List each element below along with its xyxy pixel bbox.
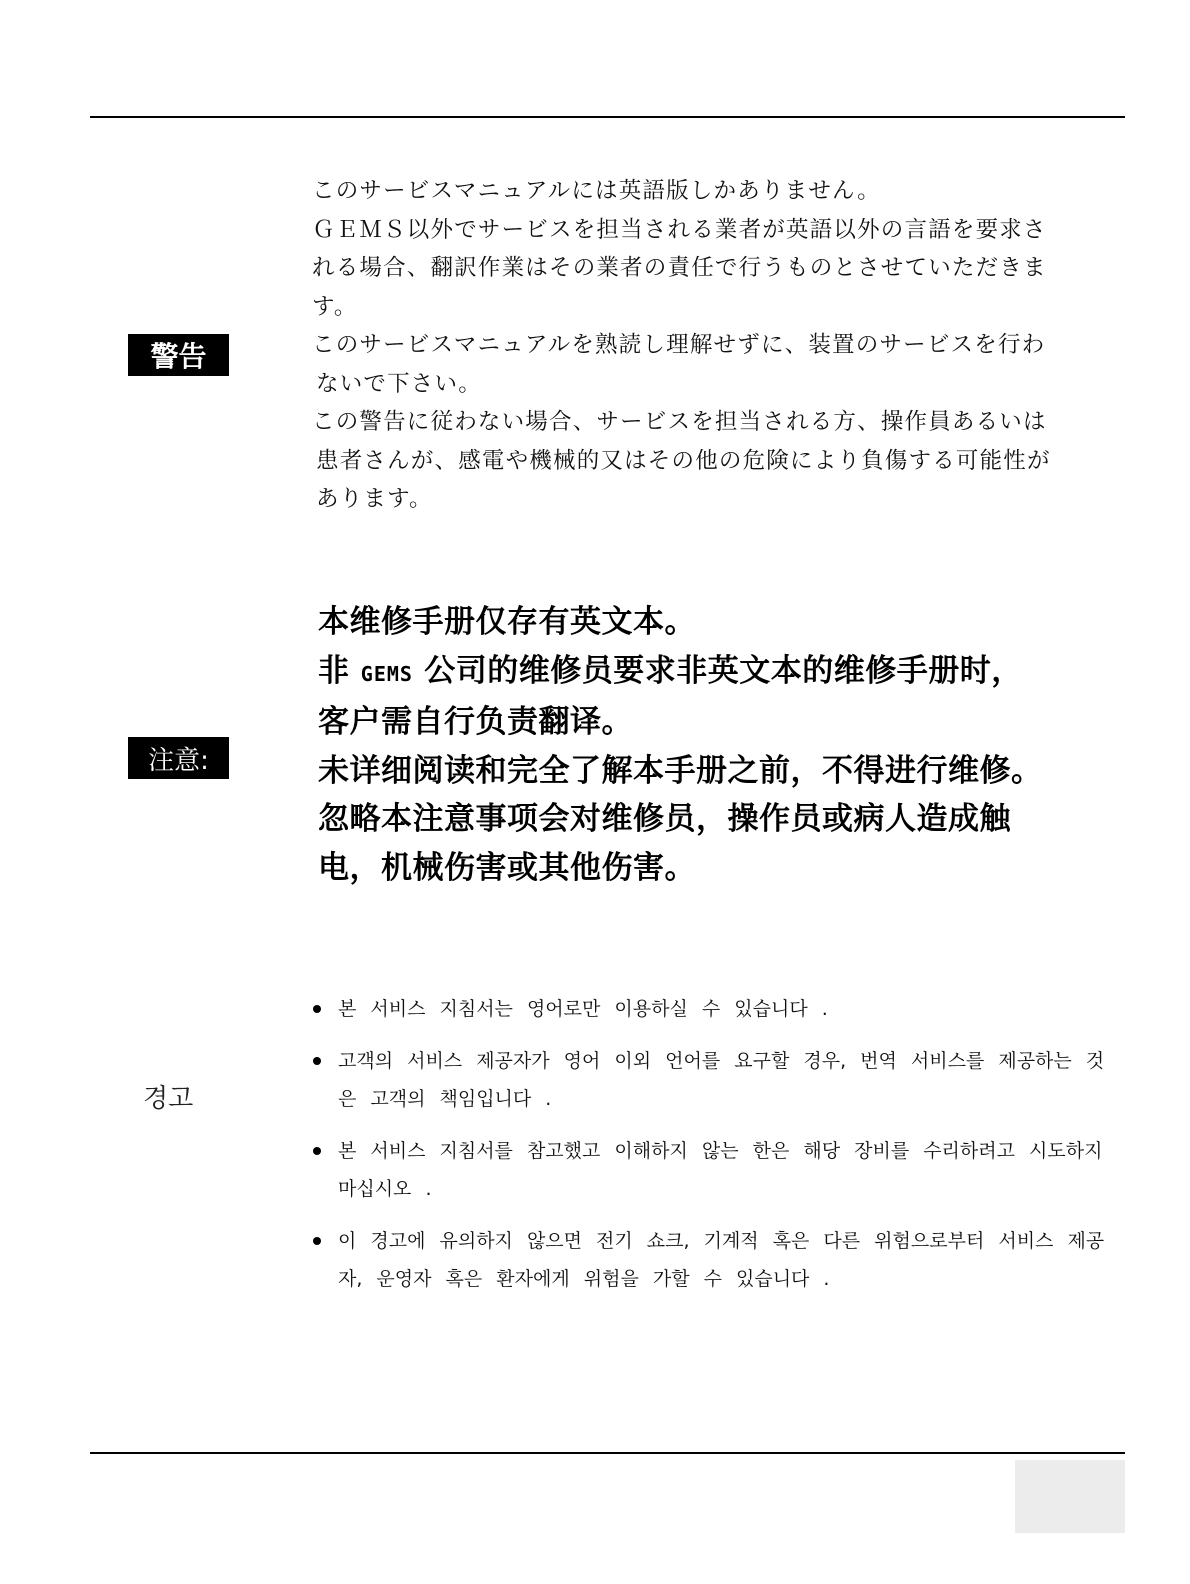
japanese-line: ＧＥＭＳ以外でサービスを担当される業者が英語以外の言語を要求さ — [310, 211, 1110, 250]
japanese-line: ないで下さい。 — [310, 365, 1110, 404]
chinese-caution-text: 本维修手册仅存有英文本。 非 GEMS 公司的维修员要求非英文本的维修手册时， … — [318, 598, 1108, 892]
chinese-line: 未详细阅读和完全了解本手册之前，不得进行维修。 — [318, 747, 1108, 796]
gems-brand: GEMS — [361, 662, 413, 686]
japanese-warning-label-text: 警告 — [150, 335, 206, 375]
japanese-line: あります。 — [310, 480, 1110, 519]
korean-list-item: 본 서비스 지침서를 참고했고 이해하지 않는 한은 해당 장비를 수리하려고 … — [310, 1132, 1110, 1208]
japanese-line: 患者さんが、感電や機械的又はその他の危険により負傷する可能性が — [310, 442, 1110, 481]
korean-warning-label: 경고 — [143, 1078, 193, 1115]
chinese-line-suffix: 公司的维修员要求非英文本的维修手册时， — [413, 653, 1023, 689]
japanese-line: れる場合、翻訳作業はその業者の責任で行うものとさせていただきま — [310, 249, 1110, 288]
korean-item-text: 이 경고에 유의하지 않으면 전기 쇼크, 기계적 혹은 다른 위험으로부터 서… — [338, 1230, 1104, 1290]
chinese-line: 电，机械伤害或其他伤害。 — [318, 844, 1108, 893]
chinese-line: 本维修手册仅存有英文本。 — [318, 598, 1108, 647]
japanese-line: このサービスマニュアルには英語版しかありません。 — [310, 172, 1110, 211]
footer-rule — [90, 1452, 1125, 1454]
korean-list-item: 본 서비스 지침서는 영어로만 이용하실 수 있습니다 . — [310, 990, 1110, 1028]
korean-item-text: 본 서비스 지침서를 참고했고 이해하지 않는 한은 해당 장비를 수리하려고 … — [338, 1140, 1102, 1200]
chinese-line: 非 GEMS 公司的维修员要求非英文本的维修手册时， — [318, 647, 1108, 699]
bullet-icon — [313, 1005, 321, 1013]
korean-list-item: 고객의 서비스 제공자가 영어 이외 언어를 요구할 경우, 번역 서비스를 제… — [310, 1042, 1110, 1118]
chinese-caution-label: 注意: — [128, 737, 229, 779]
korean-item-text: 본 서비스 지침서는 영어로만 이용하실 수 있습니다 . — [338, 998, 828, 1020]
chinese-caution-label-text: 注意: — [148, 740, 209, 777]
japanese-line: この警告に従わない場合、サービスを担当される方、操作員あるいは — [310, 403, 1110, 442]
korean-warning-list: 본 서비스 지침서는 영어로만 이용하실 수 있습니다 . 고객의 서비스 제공… — [310, 990, 1110, 1312]
japanese-warning-text: このサービスマニュアルには英語版しかありません。 ＧＥＭＳ以外でサービスを担当さ… — [310, 172, 1110, 519]
bullet-icon — [313, 1237, 321, 1245]
japanese-warning-label: 警告 — [128, 334, 229, 376]
japanese-line: このサービスマニュアルを熟読し理解せずに、装置のサービスを行わ — [310, 326, 1110, 365]
header-rule — [90, 116, 1125, 118]
japanese-line: す。 — [310, 288, 1110, 327]
chinese-line: 忽略本注意事项会对维修员，操作员或病人造成触 — [318, 795, 1108, 844]
korean-list-item: 이 경고에 유의하지 않으면 전기 쇼크, 기계적 혹은 다른 위험으로부터 서… — [310, 1222, 1110, 1298]
bullet-icon — [313, 1057, 321, 1065]
page-number-box — [1015, 1460, 1125, 1533]
chinese-line: 客户需自行负责翻译。 — [318, 698, 1108, 747]
korean-item-text: 고객의 서비스 제공자가 영어 이외 언어를 요구할 경우, 번역 서비스를 제… — [338, 1050, 1104, 1110]
bullet-icon — [313, 1147, 321, 1155]
chinese-line-prefix: 非 — [318, 653, 361, 689]
